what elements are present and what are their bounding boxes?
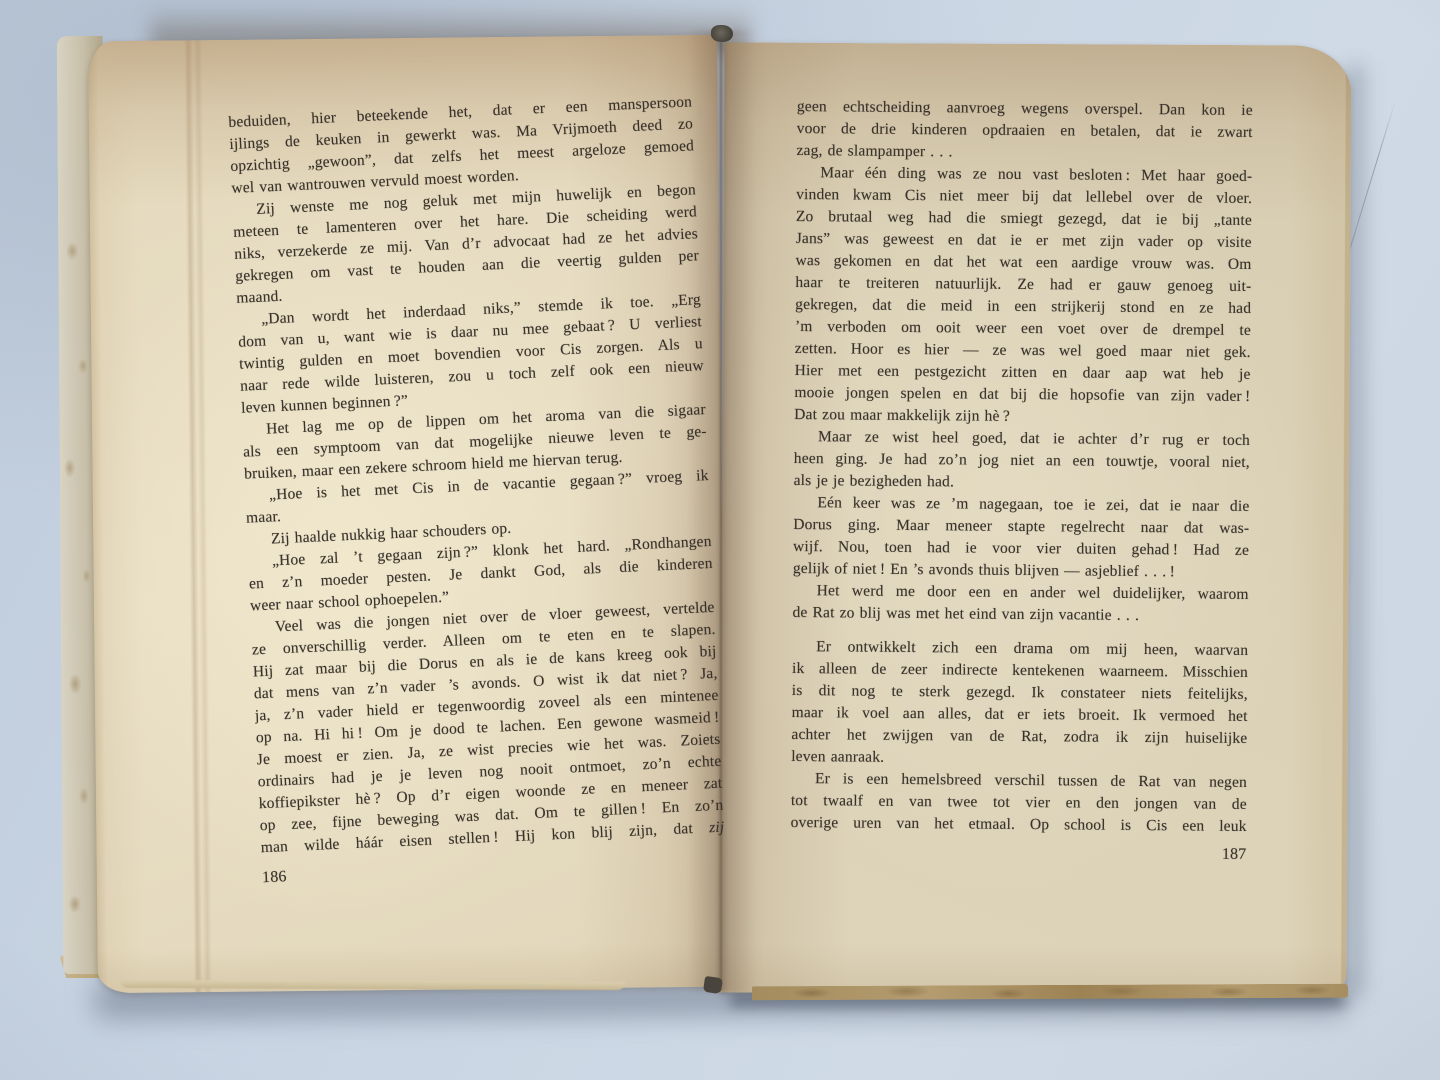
fore-edge-bottom	[752, 984, 1348, 1001]
text-line: de Rat zo blij was met het eind van zijn…	[792, 602, 1248, 628]
right-page-text: geen echtscheiding aanvroeg wegens overs…	[790, 96, 1253, 866]
text-line: overige uren van het etmaal. Op school i…	[791, 812, 1247, 838]
spine-top-tip	[711, 25, 733, 42]
left-page-text: beduiden, hier beteekende het, dat er ee…	[228, 91, 726, 889]
italic-word: zij	[709, 819, 725, 837]
page-number-right: 187	[790, 840, 1246, 866]
spine-bottom-tip	[703, 976, 723, 994]
book-photo: beduiden, hier beteekende het, dat er ee…	[0, 0, 1440, 1080]
